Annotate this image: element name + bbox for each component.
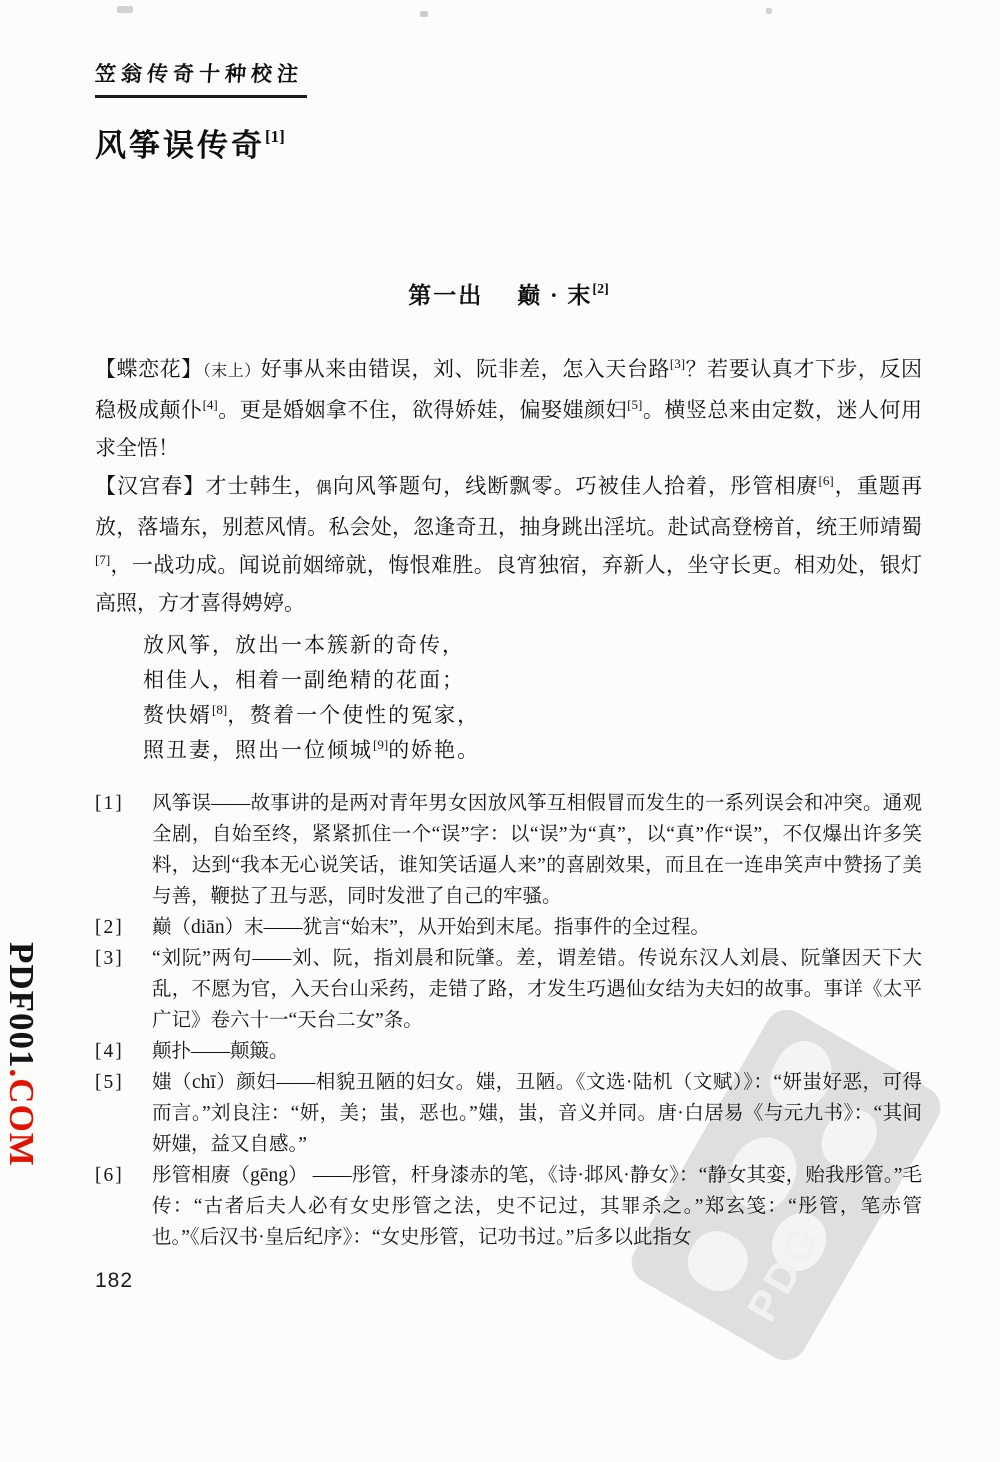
aria-hangongchun: 【汉宫春】才士韩生，偶向风筝题句，线断飘零。巧被佳人拾着，彤管相赓[6]，重题再…: [95, 467, 922, 622]
verse-line: 照丑妻，照出一位倾城[9]的娇艳。: [143, 733, 922, 768]
footnote-ref: [9]: [373, 737, 388, 752]
play-title: 风筝误传奇[1]: [95, 120, 922, 165]
footnotes-section: [1] 风筝误——故事讲的是两对青年男女因放风筝互相假冒而发生的一系列误会和冲突…: [95, 788, 922, 1253]
stage-direction: （末上）: [203, 363, 261, 380]
footnote-text: 巅（diān）末——犹言“始末”，从开始到末尾。指事件的全过程。: [152, 912, 922, 943]
footnote: [1] 风筝误——故事讲的是两对青年男女因放风筝互相假冒而发生的一系列误会和冲突…: [95, 788, 922, 912]
footnote-ref: [6]: [819, 473, 834, 488]
act-name: 巅 · 末: [517, 283, 592, 308]
aria-dielianhua: 【蝶恋花】（末上）好事从来由错误，刘、阮非差，怎入天台路[3]？若要认真才下步，…: [95, 350, 922, 467]
footnote-text: 颠扑——颠簸。: [152, 1036, 922, 1067]
footnote-ref: [8]: [212, 702, 227, 717]
footnote-ref: [7]: [95, 552, 110, 567]
act-number: 第一出: [408, 283, 483, 308]
footnote-marker: [4]: [95, 1036, 152, 1067]
footnote-ref: [3]: [670, 356, 685, 371]
footnote-marker: [1]: [95, 788, 152, 912]
act-heading: 第一出巅 · 末[2]: [95, 277, 922, 310]
footnote-marker: [2]: [95, 912, 152, 943]
footnote-marker: [6]: [95, 1160, 152, 1253]
footnote-ref: [1]: [265, 127, 285, 146]
watermark-black-part: PDF001: [2, 942, 41, 1069]
verse-line: 放风筝，放出一本簇新的奇传，: [143, 628, 922, 663]
footnote-ref: [4]: [203, 397, 218, 412]
play-title-text: 风筝误传奇: [95, 128, 265, 163]
footnote-text: 媸（chī）颜妇——相貌丑陋的妇女。媸，丑陋。《文选·陆机（文赋）》：“妍蚩好恶…: [152, 1067, 922, 1160]
watermark-red-part: .COM: [2, 1069, 41, 1167]
verse-line: 相佳人，相着一副绝精的花面；: [143, 663, 922, 698]
series-title: 笠翁传奇十种校注: [94, 58, 304, 88]
footnote-text: 彤管相赓（gēng） ——彤管，杆身漆赤的笔，《诗·邶风·静女》：“静女其娈，贻…: [152, 1160, 922, 1253]
footnote: [3] “刘阮”两句——刘、阮，指刘晨和阮肇。差，谓差错。传说东汉人刘晨、阮肇因…: [95, 943, 922, 1036]
footnote: [2] 巅（diān）末——犹言“始末”，从开始到末尾。指事件的全过程。: [95, 912, 922, 943]
running-head: 笠翁传奇十种校注: [95, 58, 307, 98]
footnote-text: 风筝误——故事讲的是两对青年男女因放风筝互相假冒而发生的一系列误会和冲突。通观全…: [152, 788, 922, 912]
aria-section: 【蝶恋花】（末上）好事从来由错误，刘、阮非差，怎入天台路[3]？若要认真才下步，…: [95, 350, 922, 622]
footnote-marker: [5]: [95, 1067, 152, 1160]
footnote: [4] 颠扑——颠簸。: [95, 1036, 922, 1067]
page-number: 182: [95, 1269, 922, 1293]
footnote: [5] 媸（chī）颜妇——相貌丑陋的妇女。媸，丑陋。《文选·陆机（文赋）》：“…: [95, 1067, 922, 1160]
page-content: 笠翁传奇十种校注 风筝误传奇[1] 第一出巅 · 末[2] 【蝶恋花】（末上）好…: [0, 0, 1000, 1293]
verse-line: 赘快婿[8]，赘着一个使性的冤家，: [143, 698, 922, 733]
site-watermark-vertical: PDF001.COM: [1, 942, 41, 1167]
footnote-ref: [2]: [592, 282, 608, 297]
footnote-marker: [3]: [95, 943, 152, 1036]
scanned-book-page: PDG PDF001.COM 笠翁传奇十种校注 风筝误传奇[1] 第一出巅 · …: [0, 0, 1000, 1462]
footnote: [6] 彤管相赓（gēng） ——彤管，杆身漆赤的笔，《诗·邶风·静女》：“静女…: [95, 1160, 922, 1253]
footnote-text: “刘阮”两句——刘、阮，指刘晨和阮肇。差，谓差错。传说东汉人刘晨、阮肇因天下大乱…: [152, 943, 922, 1036]
stage-direction: 偶: [316, 480, 333, 497]
closing-verse: 放风筝，放出一本簇新的奇传， 相佳人，相着一副绝精的花面； 赘快婿[8]，赘着一…: [143, 628, 922, 768]
footnote-ref: [5]: [627, 397, 642, 412]
